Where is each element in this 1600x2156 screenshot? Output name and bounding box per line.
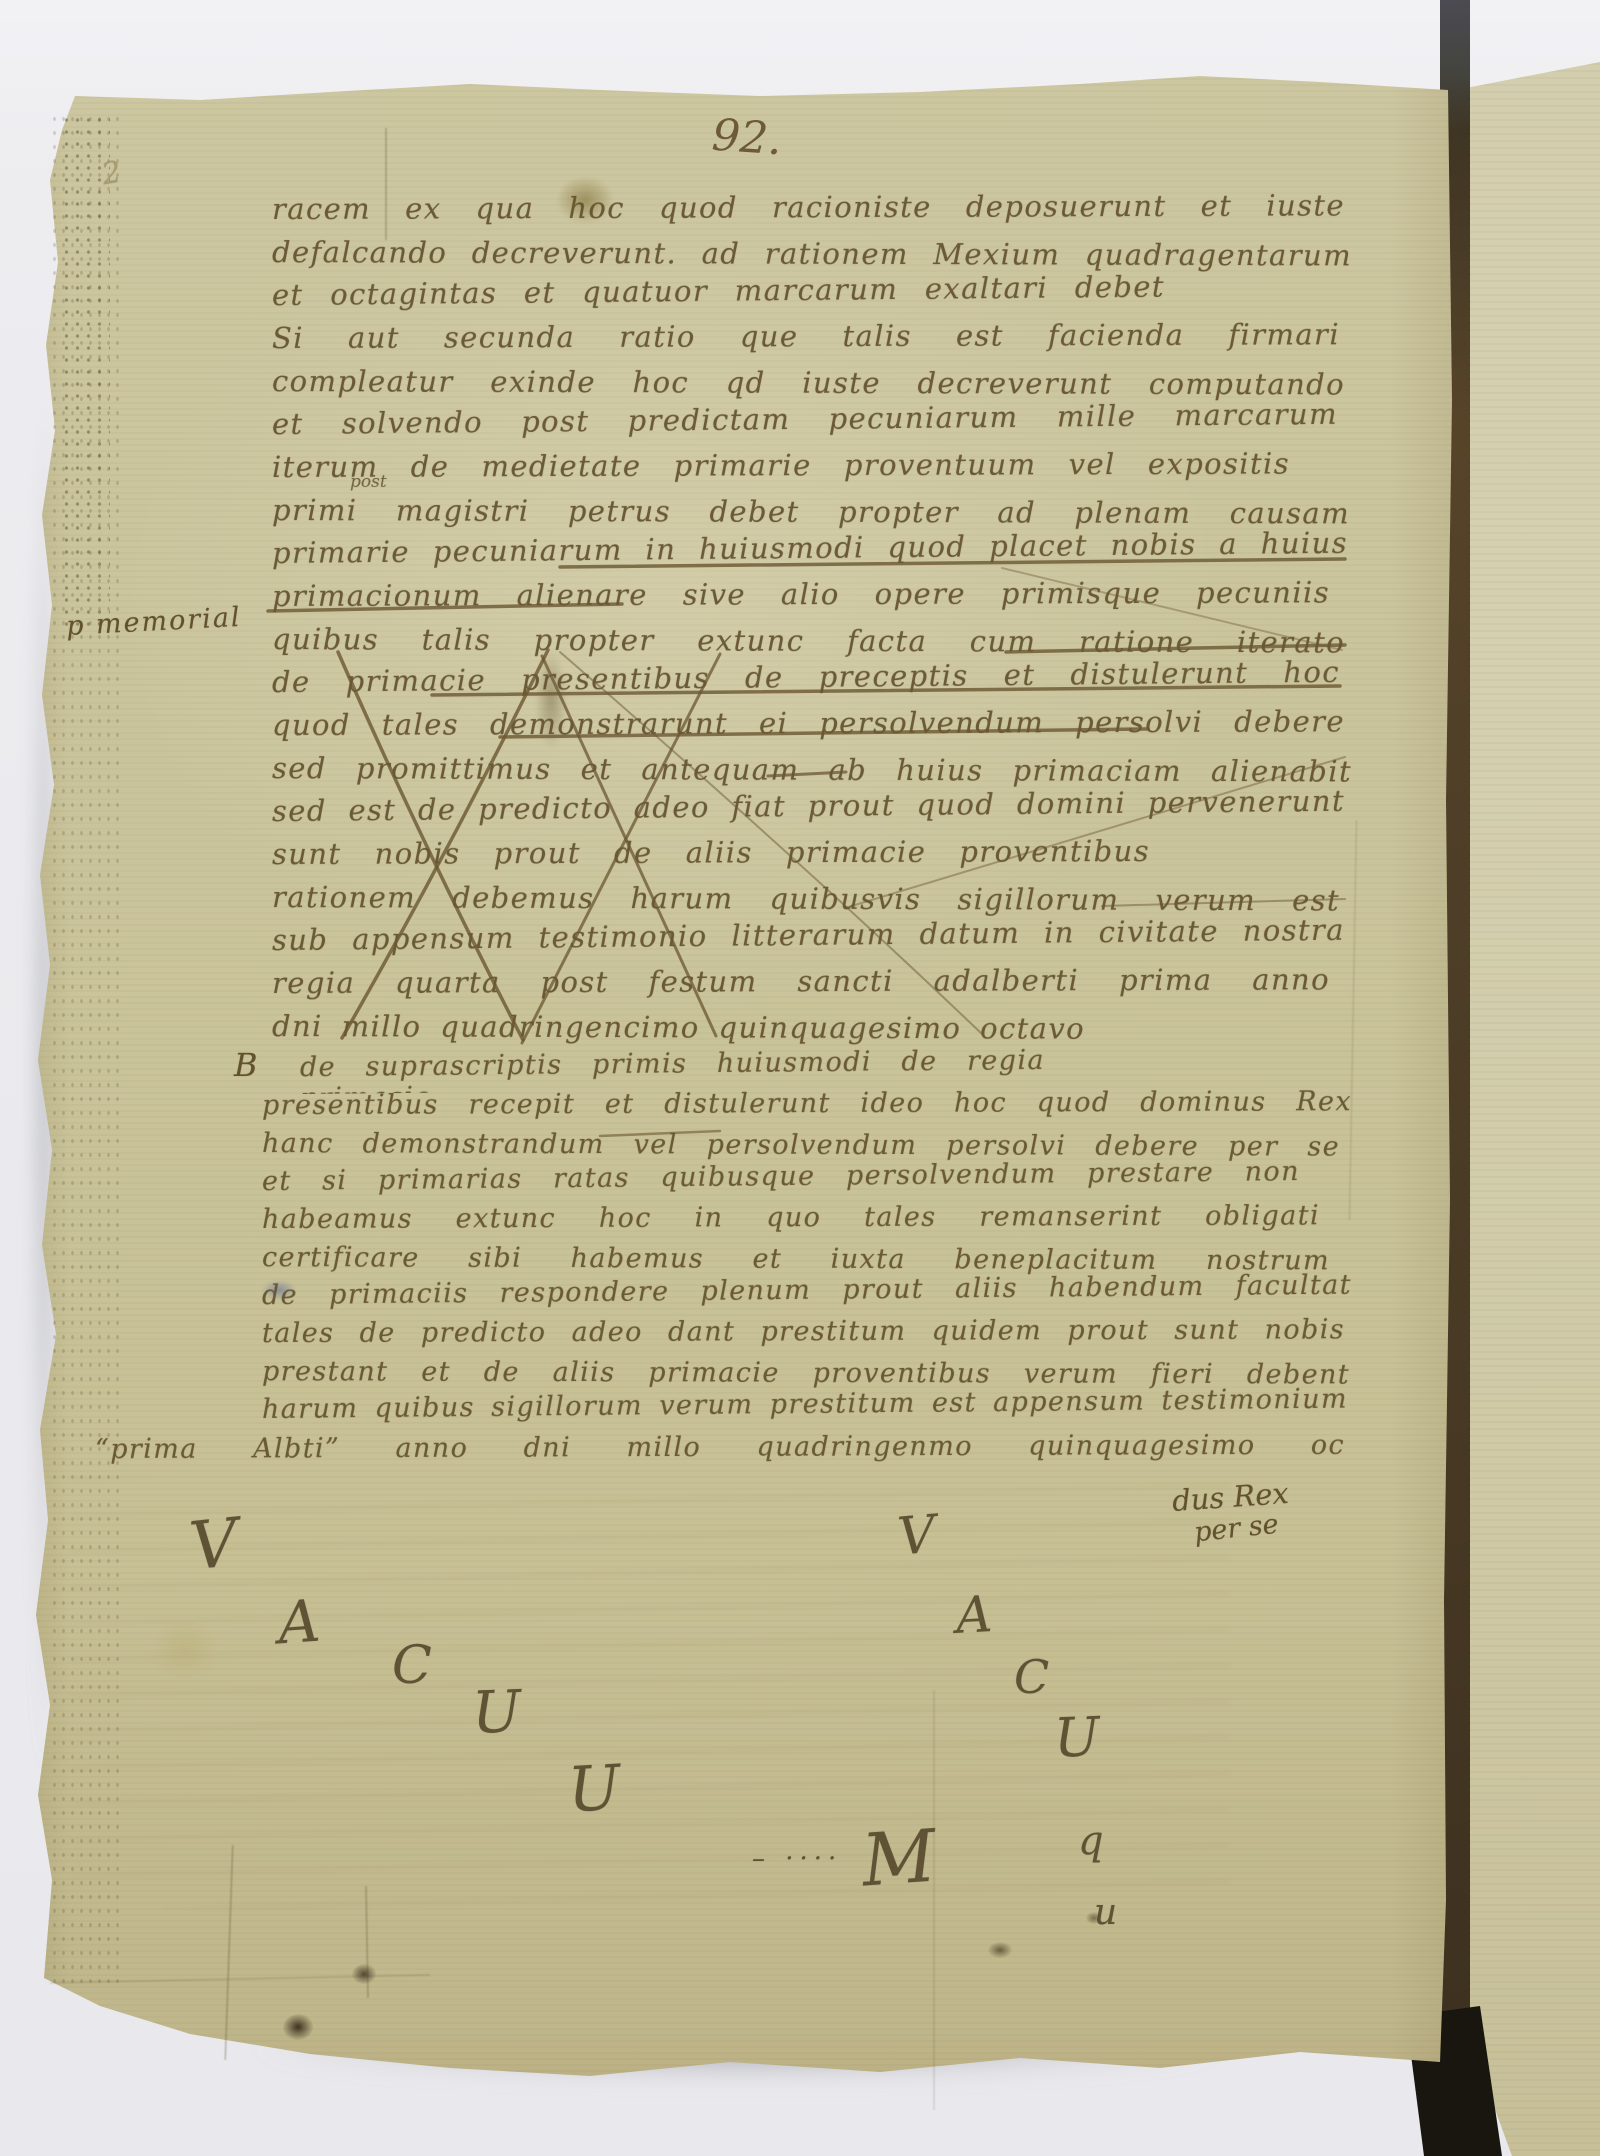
- vacat-letter: C: [1014, 1650, 1049, 1704]
- deletion-strokes: [0, 0, 1600, 2156]
- vacat-letter: V: [895, 1504, 938, 1567]
- vacat-letter: U: [566, 1751, 622, 1827]
- vacat-letter: U: [471, 1677, 522, 1747]
- small-pen-mark: q: [1078, 1818, 1104, 1864]
- vacat-letter: A: [276, 1587, 323, 1658]
- vacat-letter: V: [186, 1504, 241, 1586]
- vacat-letter: C: [392, 1636, 432, 1696]
- small-pen-mark: u: [1094, 1892, 1117, 1933]
- vacat-letter: U: [1053, 1705, 1101, 1770]
- vacat-letter: M: [859, 1814, 938, 1903]
- vacat-letter: A: [955, 1585, 994, 1645]
- vacat-dots-mark: – ····: [752, 1844, 842, 1874]
- manuscript-photo-scene: 92. 2 racem ex qua hoc quod racioniste d…: [0, 0, 1600, 2156]
